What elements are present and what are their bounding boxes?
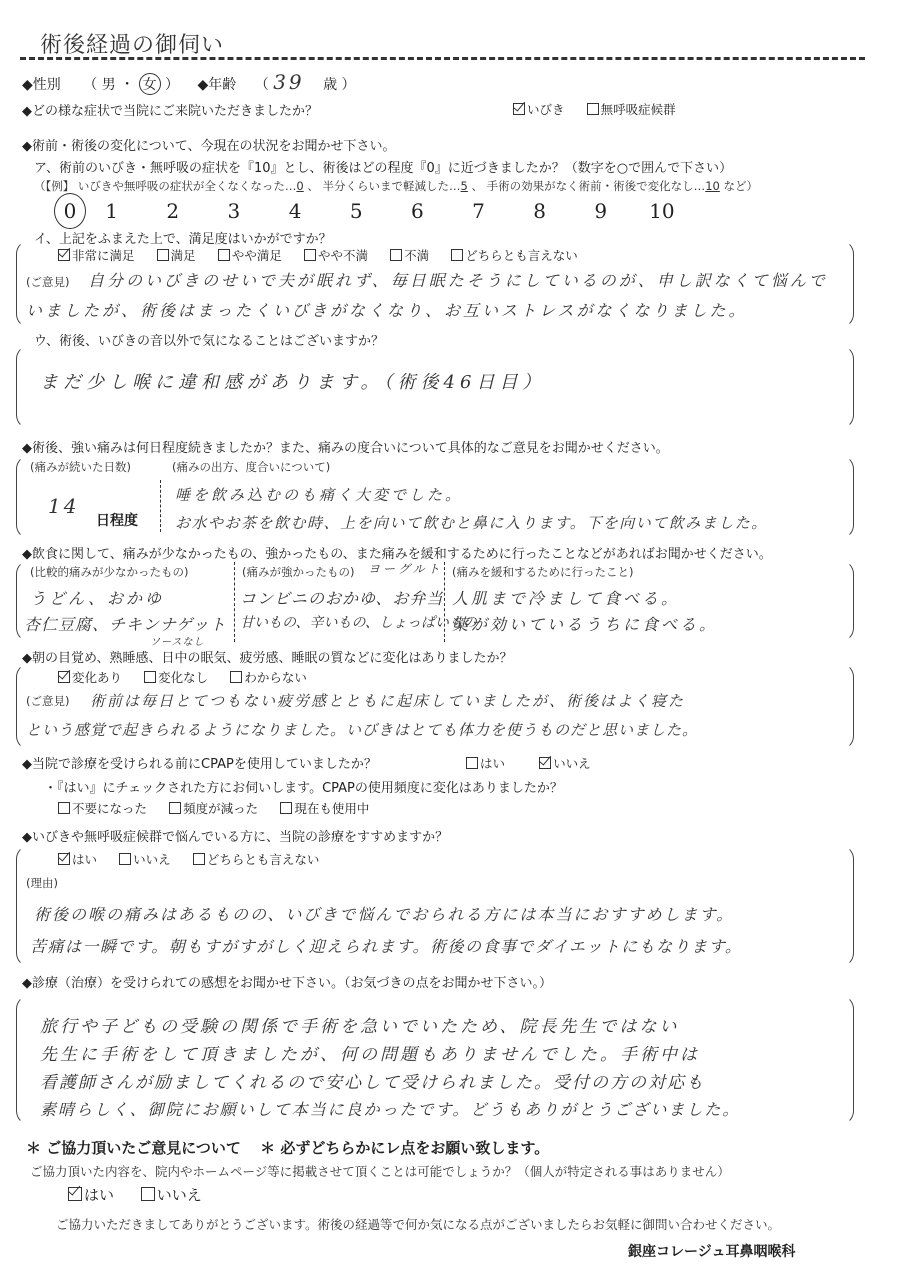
satisfaction-opinion-line1[interactable]: 自分のいびきのせいで夫が眠れず、毎日眠たそうにしているのが、申し訳なくて悩んで	[88, 268, 828, 291]
scale-1[interactable]: 1	[90, 199, 133, 223]
option-no-change[interactable]: 変化なし	[144, 668, 208, 686]
food-col1-line2[interactable]: 杏仁豆腐、チキンナゲット	[24, 612, 227, 635]
option-no-longer-needed[interactable]: 不要になった	[58, 799, 147, 817]
sleep-opinion-line1[interactable]: 術前は毎日とてつもない疲労感とともに起床していましたが、術後はよく寝た	[90, 690, 685, 711]
option-very-satisfied[interactable]: 非常に満足	[58, 246, 135, 264]
checkbox-icon[interactable]	[169, 802, 181, 814]
option-still-using[interactable]: 現在も使用中	[280, 799, 369, 817]
food-col2-line2[interactable]: 甘いもの、辛いもの、しょっぱいもの	[240, 612, 477, 632]
impression-question: ◆診療（治療）を受けられての感想をお聞かせ下さい。（お気づきの点をお聞かせ下さい…	[22, 972, 552, 991]
checkbox-icon[interactable]	[119, 853, 131, 865]
clinic-name: 銀座コレージュ耳鼻咽喉科	[628, 1241, 795, 1261]
food-col3-line2[interactable]: 薬が効いているうちに食べる。	[452, 612, 718, 635]
recommend-options: はい いいえ どちらとも言えない	[58, 850, 337, 868]
scale-8[interactable]: 8	[518, 199, 561, 223]
page-title: 術後経過の御伺い	[40, 28, 224, 59]
scale-2[interactable]: 2	[151, 199, 194, 223]
scale-4[interactable]: 4	[274, 199, 317, 223]
food-col1-line1[interactable]: うどん、おかゆ	[30, 586, 164, 609]
option-less-frequent[interactable]: 頻度が減った	[169, 799, 258, 817]
consent-heading: ＊ ご協力頂いたご意見について ＊ 必ずどちらかにレ点をお願い致します。	[26, 1137, 549, 1158]
question-a-example: （【例】 いびきや無呼吸の症状が全くなくなった…0 、 半分くらいまで軽減した……	[34, 178, 758, 194]
satisfaction-opinion-line2[interactable]: いましたが、術後はまったくいびきがなくなり、お互いストレスがなくなりました。	[26, 298, 748, 321]
food-col3-label: (痛みを緩和するために行ったこと)	[452, 564, 633, 580]
scale-5[interactable]: 5	[335, 199, 378, 223]
consent-heading-left: ＊ ご協力頂いたご意見について	[26, 1139, 241, 1157]
option-apnea[interactable]: 無呼吸症候群	[587, 100, 676, 118]
checkbox-checked-icon[interactable]	[513, 103, 525, 115]
option-unknown[interactable]: わからない	[230, 668, 307, 686]
symptom-options: いびき 無呼吸症候群	[513, 100, 694, 118]
food-col3-line1[interactable]: 人肌まで冷まして食べる。	[452, 586, 680, 609]
scale-6[interactable]: 6	[396, 199, 439, 223]
option-somewhat-satisfied[interactable]: やや満足	[218, 246, 282, 264]
checkbox-icon[interactable]	[230, 671, 242, 683]
impression-line2[interactable]: 先生に手術をして頂きましたが、何の問題もありませんでした。手術中は	[40, 1040, 700, 1065]
checkbox-icon[interactable]	[157, 249, 169, 261]
change-heading: ◆術前・術後の変化について、今現在の状況をお聞かせ下さい。	[22, 135, 395, 154]
pain-detail-line2[interactable]: お水やお茶を飲む時、上を向いて飲むと鼻に入ります。下を向いて飲みました。	[175, 512, 768, 533]
checkbox-icon[interactable]	[304, 249, 316, 261]
checkbox-checked-icon[interactable]	[58, 671, 70, 683]
checkbox-checked-icon[interactable]	[539, 757, 551, 769]
impression-line1[interactable]: 旅行や子どもの受験の関係で手術を急いでいたため、院長先生ではない	[40, 1012, 679, 1037]
other-concerns-answer[interactable]: まだ少し喉に違和感があります。（術後46日目）	[40, 368, 545, 394]
cpap-followup-options: 不要になった 頻度が減った 現在も使用中	[58, 799, 387, 817]
option-cpap-no[interactable]: いいえ	[539, 754, 591, 772]
recommend-reason-line1[interactable]: 術後の喉の痛みはあるものの、いびきで悩んでおられる方には本当におすすめします。	[34, 902, 734, 925]
reason-label: (理由)	[26, 875, 58, 891]
cpap-question: ◆当院で診療を受けられる前にCPAPを使用していましたか？	[22, 753, 377, 772]
checkbox-icon[interactable]	[466, 757, 478, 769]
pain-detail-line1[interactable]: 唾を飲み込むのも痛く大変でした。	[175, 484, 463, 505]
pain-detail-label: (痛みの出方、度合いについて)	[172, 459, 330, 475]
scale-0-selected[interactable]: 0	[54, 193, 86, 229]
sleep-options: 変化あり 変化なし わからない	[58, 668, 325, 686]
checkbox-icon[interactable]	[451, 249, 463, 261]
scale-10[interactable]: 10	[640, 199, 683, 223]
food-divider-1	[234, 562, 235, 642]
option-recommend-yes[interactable]: はい	[58, 850, 97, 868]
question-a: ア、術前のいびき・無呼吸の症状を『10』とし、術後はどの程度『0』に近づきました…	[34, 157, 732, 176]
option-satisfied[interactable]: 満足	[157, 246, 196, 264]
impression-line3[interactable]: 看護師さんが励ましてくれるので安心して受けられました。受付の方の対応も	[40, 1068, 705, 1093]
checkbox-icon[interactable]	[193, 853, 205, 865]
option-changed[interactable]: 変化あり	[58, 668, 122, 686]
recommend-reason-line2[interactable]: 苦痛は一瞬です。朝もすがすがしく迎えられます。術後の食事でダイエットにもなります…	[30, 934, 742, 957]
checkbox-icon[interactable]	[587, 103, 599, 115]
recommend-question: ◆いびきや無呼吸症候群で悩んでいる方に、当院の診療をすすめますか？	[22, 826, 448, 845]
scale-7[interactable]: 7	[457, 199, 500, 223]
food-col2-extra[interactable]: ヨーグルト	[368, 560, 443, 577]
food-col1-label: (比較的痛みが少なかったもの)	[30, 564, 188, 580]
age-unit: 歳	[323, 77, 337, 93]
option-snoring[interactable]: いびき	[513, 100, 565, 118]
option-recommend-neutral[interactable]: どちらとも言えない	[193, 850, 320, 868]
pain-days-value[interactable]: 14	[48, 494, 79, 518]
checkbox-checked-icon[interactable]	[68, 1187, 82, 1201]
option-cpap-yes[interactable]: はい	[466, 754, 505, 772]
checkbox-checked-icon[interactable]	[58, 249, 70, 261]
age-label: ◆年齢	[198, 77, 237, 93]
opinion-label: (ご意見)	[26, 274, 69, 290]
food-col1-note[interactable]: ソースなし	[150, 633, 205, 648]
symptom-question: ◆どの様な症状で当院にご来院いただきましたか？	[22, 100, 318, 119]
profile-row: ◆性別 （ 男 ・ 女 ） ◆年齢 （ 39 歳 ）	[22, 70, 356, 95]
pain-days-label: (痛みが続いた日数)	[30, 459, 131, 475]
option-dissatisfied[interactable]: 不満	[390, 246, 429, 264]
checkbox-icon[interactable]	[280, 802, 292, 814]
option-neutral[interactable]: どちらとも言えない	[451, 246, 578, 264]
gender-male[interactable]: 男	[102, 77, 116, 93]
food-col2-line1[interactable]: コンビニのおかゆ、お弁当	[240, 586, 443, 609]
food-col2-label: (痛みが強かったもの)	[242, 564, 354, 580]
impression-line4[interactable]: 素晴らしく、御院にお願いして本当に良かったです。どうもありがとうございました。	[40, 1097, 740, 1120]
thanks-note: ご協力いただきましてありがとうございます。術後の経過等で何か気になる点がございま…	[56, 1215, 780, 1233]
checkbox-icon[interactable]	[141, 1187, 155, 1201]
option-recommend-no[interactable]: いいえ	[119, 850, 171, 868]
scale-9[interactable]: 9	[579, 199, 622, 223]
consent-heading-right: ＊ 必ずどちらかにレ点をお願い致します。	[260, 1139, 549, 1157]
option-consent-no[interactable]: いいえ	[141, 1184, 202, 1205]
sleep-opinion-label: (ご意見)	[26, 693, 69, 709]
pain-question: ◆術後、強い痛みは何日程度続きましたか？また、痛みの度合いについて具体的なご意見…	[22, 437, 669, 456]
gender-female-circled[interactable]: 女	[139, 73, 161, 95]
food-divider-2	[444, 562, 445, 642]
pain-divider	[160, 480, 161, 532]
consent-options: はい いいえ	[68, 1184, 220, 1205]
cpap-followup: ・『はい』にチェックされた方にお伺いします。CPAPの使用頻度に変化はありました…	[44, 777, 563, 796]
sleep-opinion-line2[interactable]: という感覚で起きられるようになりました。いびきはとても体力を使うものだと思いまし…	[26, 719, 698, 740]
consent-question: ご協力頂いた内容を、院内やホームページ等に掲載させて頂くことは可能でしょうか？（…	[30, 1162, 730, 1180]
satisfaction-options: 非常に満足 満足 やや満足 やや不満 不満 どちらとも言えない	[58, 246, 596, 264]
checkbox-icon[interactable]	[58, 802, 70, 814]
symptom-scale: 0 1 2 3 4 5 6 7 8 9 10	[54, 193, 683, 229]
checkbox-icon[interactable]	[218, 249, 230, 261]
scale-3[interactable]: 3	[212, 199, 255, 223]
gender-label: ◆性別	[22, 77, 61, 93]
age-value[interactable]: 39	[273, 70, 304, 94]
checkbox-icon[interactable]	[390, 249, 402, 261]
checkbox-icon[interactable]	[144, 671, 156, 683]
pain-days-unit: 日程度	[96, 510, 138, 530]
checkbox-checked-icon[interactable]	[58, 853, 70, 865]
cpap-options: はい いいえ	[466, 754, 609, 772]
title-divider	[20, 57, 865, 60]
option-somewhat-dissatisfied[interactable]: やや不満	[304, 246, 368, 264]
option-consent-yes[interactable]: はい	[68, 1184, 114, 1205]
